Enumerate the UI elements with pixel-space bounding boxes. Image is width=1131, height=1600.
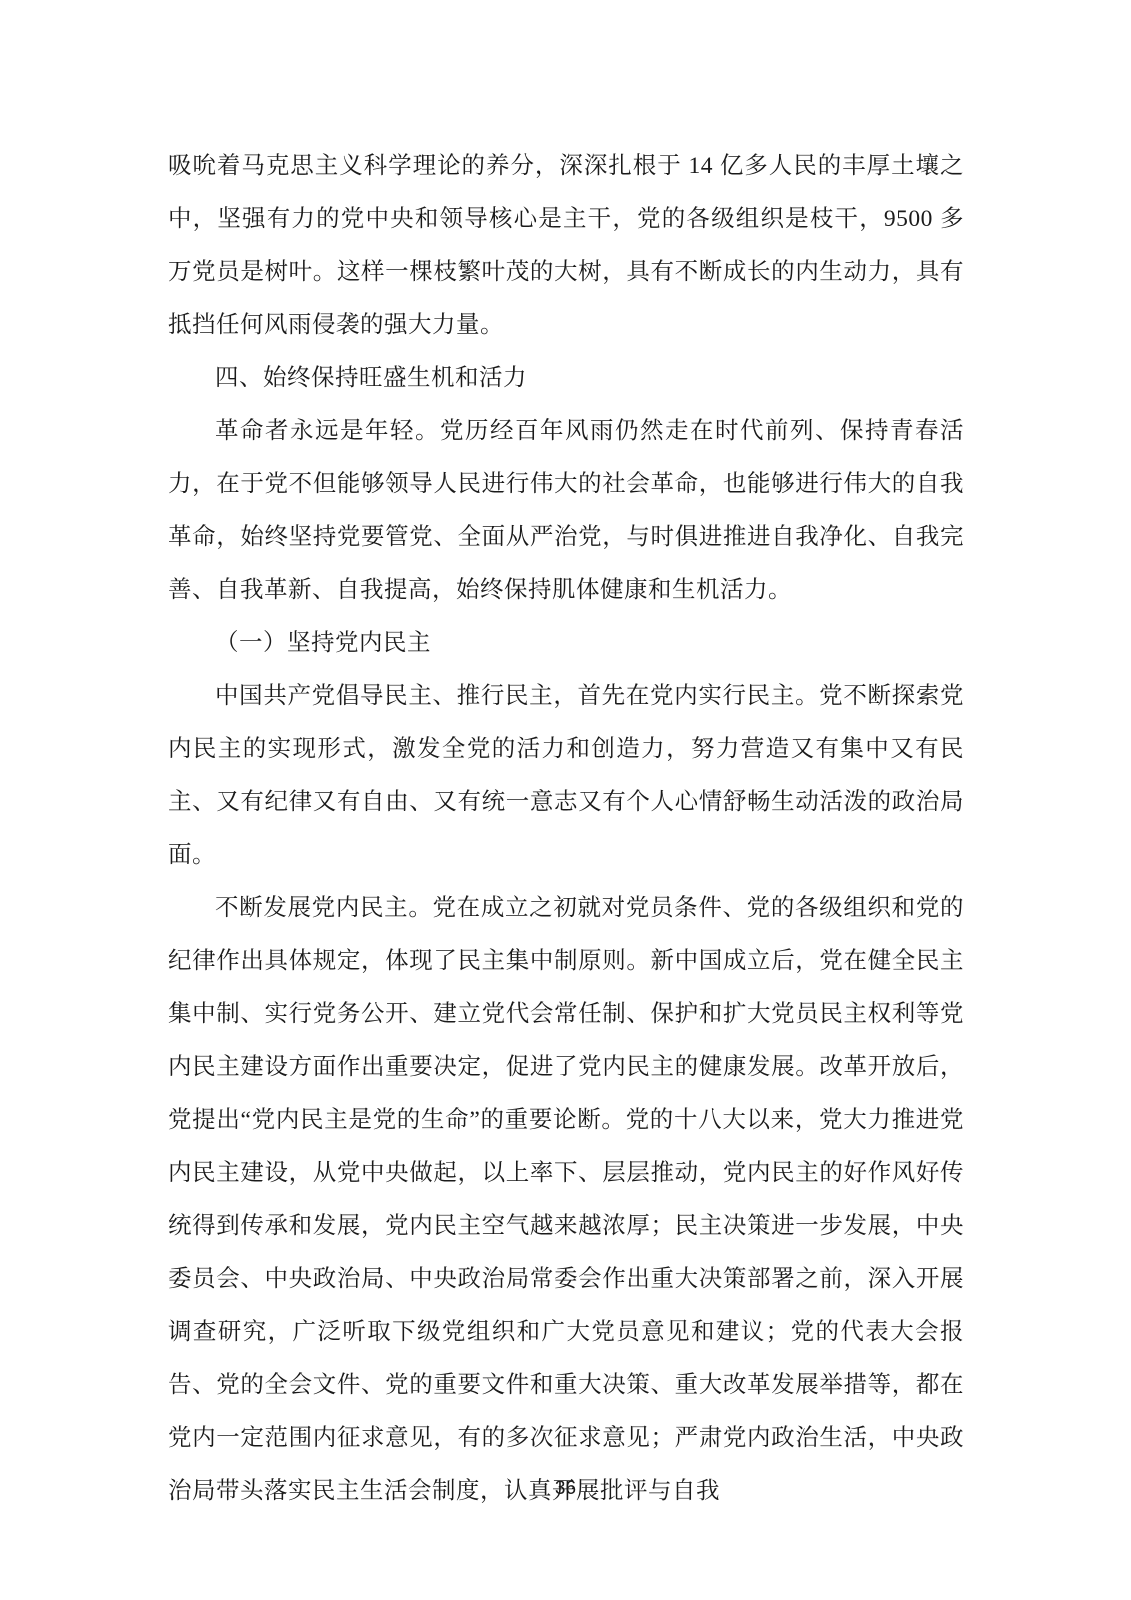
paragraph: 革命者永远是年轻。党历经百年风雨仍然走在时代前列、保持青春活力，在于党不但能够领… [168,405,964,617]
paragraph: 不断发展党内民主。党在成立之初就对党员条件、党的各级组织和党的纪律作出具体规定，… [168,882,964,1518]
subsection-heading: （一）坚持党内民主 [168,617,964,670]
page-number: 36 [0,1478,1131,1500]
section-heading: 四、始终保持旺盛生机和活力 [168,352,964,405]
document-body: 吸吮着马克思主义科学理论的养分，深深扎根于 14 亿多人民的丰厚土壤之中，坚强有… [168,140,964,1518]
paragraph-continuation: 吸吮着马克思主义科学理论的养分，深深扎根于 14 亿多人民的丰厚土壤之中，坚强有… [168,140,964,352]
document-page: 吸吮着马克思主义科学理论的养分，深深扎根于 14 亿多人民的丰厚土壤之中，坚强有… [0,0,1131,1600]
paragraph: 中国共产党倡导民主、推行民主，首先在党内实行民主。党不断探索党内民主的实现形式，… [168,670,964,882]
